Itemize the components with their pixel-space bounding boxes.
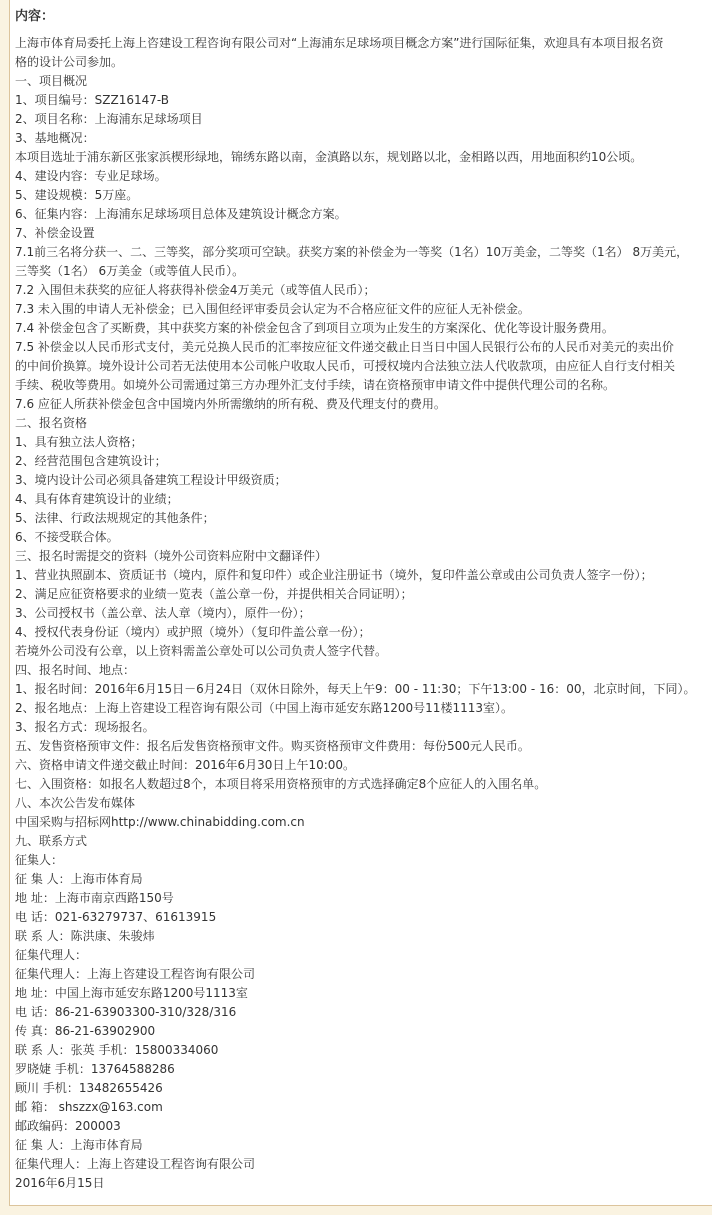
text-line: 八、本次公告发布媒体 — [15, 794, 708, 813]
text-line: 6、征集内容：上海浦东足球场项目总体及建筑设计概念方案。 — [15, 205, 708, 224]
text-line: 征集代理人：上海上咨建设工程咨询有限公司 — [15, 965, 708, 984]
text-line: 顾川 手机：13482655426 — [15, 1079, 708, 1098]
text-line: 格的设计公司参加。 — [15, 53, 708, 72]
text-line: 3、基地概况： — [15, 129, 708, 148]
announcement-body: 上海市体育局委托上海上咨建设工程咨询有限公司对“上海浦东足球场项目概念方案”进行… — [15, 34, 708, 1193]
text-line: 邮政编码：200003 — [15, 1117, 708, 1136]
text-line: 三、报名时需提交的资料（境外公司资料应附中文翻译件） — [15, 547, 708, 566]
text-line: 征集代理人： — [15, 946, 708, 965]
text-line: 联 系 人：张英 手机：15800334060 — [15, 1041, 708, 1060]
text-line: 1、营业执照副本、资质证书（境内，原件和复印件）或企业注册证书（境外，复印件盖公… — [15, 566, 708, 585]
text-line: 7.4 补偿金包含了买断费，其中获奖方案的补偿金包含了到项目立项为止发生的方案深… — [15, 319, 708, 338]
text-line: 6、不接受联合体。 — [15, 528, 708, 547]
text-line: 7、补偿金设置 — [15, 224, 708, 243]
text-line: 7.2 入围但未获奖的应征人将获得补偿金4万美元（或等值人民币）； — [15, 281, 708, 300]
text-line: 电 话：021-63279737、61613915 — [15, 908, 708, 927]
text-line: 4、建设内容：专业足球场。 — [15, 167, 708, 186]
text-line: 电 话：86-21-63903300-310/328/316 — [15, 1003, 708, 1022]
text-line: 3、公司授权书（盖公章、法人章（境内），原件一份）； — [15, 604, 708, 623]
text-line: 4、具有体育建筑设计的业绩； — [15, 490, 708, 509]
text-line: 7.1前三名将分获一、二、三等奖，部分奖项可空缺。获奖方案的补偿金为一等奖（1名… — [15, 243, 708, 262]
text-line: 本项目选址于浦东新区张家浜楔形绿地，锦绣东路以南，金滇路以东，规划路以北，金相路… — [15, 148, 708, 167]
text-line: 五、发售资格预审文件：报名后发售资格预审文件。购买资格预审文件费用：每份500元… — [15, 737, 708, 756]
text-line: 地 址：中国上海市延安东路1200号1113室 — [15, 984, 708, 1003]
text-line: 1、报名时间：2016年6月15日－6月24日（双休日除外，每天上午9：00 -… — [15, 680, 708, 699]
text-line: 2、经营范围包含建筑设计； — [15, 452, 708, 471]
text-line: 六、资格申请文件递交截止时间：2016年6月30日上午10:00。 — [15, 756, 708, 775]
text-line: 邮 箱： shszzx@163.com — [15, 1098, 708, 1117]
text-line: 若境外公司没有公章，以上资料需盖公章处可以公司负责人签字代替。 — [15, 642, 708, 661]
text-line: 2、项目名称：上海浦东足球场项目 — [15, 110, 708, 129]
text-line: 四、报名时间、地点： — [15, 661, 708, 680]
content-panel: 内容： 上海市体育局委托上海上咨建设工程咨询有限公司对“上海浦东足球场项目概念方… — [9, 0, 712, 1206]
page-background: 内容： 上海市体育局委托上海上咨建设工程咨询有限公司对“上海浦东足球场项目概念方… — [0, 0, 712, 1215]
text-line: 传 真：86-21-63902900 — [15, 1022, 708, 1041]
text-line: 7.5 补偿金以人民币形式支付，美元兑换人民币的汇率按应征文件递交截止日当日中国… — [15, 338, 708, 357]
text-line: 4、授权代表身份证（境内）或护照（境外）（复印件盖公章一份）； — [15, 623, 708, 642]
text-line: 罗晓婕 手机：13764588286 — [15, 1060, 708, 1079]
text-line: 七、入围资格：如报名人数超过8个，本项目将采用资格预审的方式选择确定8个应征人的… — [15, 775, 708, 794]
text-line: 手续、税收等费用。如境外公司需通过第三方办理外汇支付手续，请在资格预审申请文件中… — [15, 376, 708, 395]
text-line: 二、报名资格 — [15, 414, 708, 433]
text-line: 征 集 人：上海市体育局 — [15, 1136, 708, 1155]
text-line: 3、报名方式：现场报名。 — [15, 718, 708, 737]
content-heading: 内容： — [15, 7, 708, 26]
text-line: 征 集 人：上海市体育局 — [15, 870, 708, 889]
text-line: 中国采购与招标网http://www.chinabidding.com.cn — [15, 813, 708, 832]
text-line: 2、报名地点：上海上咨建设工程咨询有限公司（中国上海市延安东路1200号11楼1… — [15, 699, 708, 718]
text-line: 上海市体育局委托上海上咨建设工程咨询有限公司对“上海浦东足球场项目概念方案”进行… — [15, 34, 708, 53]
text-line: 联 系 人：陈洪康、朱骏炜 — [15, 927, 708, 946]
text-line: 一、项目概况 — [15, 72, 708, 91]
text-line: 3、境内设计公司必须具备建筑工程设计甲级资质； — [15, 471, 708, 490]
text-line: 5、建设规模：5万座。 — [15, 186, 708, 205]
text-line: 的中间价换算。境外设计公司若无法使用本公司帐户收取人民币，可授权境内合法独立法人… — [15, 357, 708, 376]
text-line: 2016年6月15日 — [15, 1174, 708, 1193]
text-line: 5、法律、行政法规规定的其他条件； — [15, 509, 708, 528]
text-line: 2、满足应征资格要求的业绩一览表（盖公章一份，并提供相关合同证明）； — [15, 585, 708, 604]
text-line: 7.6 应征人所获补偿金包含中国境内外所需缴纳的所有税、费及代理支付的费用。 — [15, 395, 708, 414]
text-line: 1、项目编号：SZZ16147-B — [15, 91, 708, 110]
text-line: 1、具有独立法人资格； — [15, 433, 708, 452]
text-line: 三等奖（1名） 6万美金（或等值人民币）。 — [15, 262, 708, 281]
text-line: 征集代理人：上海上咨建设工程咨询有限公司 — [15, 1155, 708, 1174]
text-line: 7.3 未入围的申请人无补偿金；已入围但经评审委员会认定为不合格应征文件的应征人… — [15, 300, 708, 319]
text-line: 九、联系方式 — [15, 832, 708, 851]
text-line: 征集人： — [15, 851, 708, 870]
text-line: 地 址：上海市南京西路150号 — [15, 889, 708, 908]
